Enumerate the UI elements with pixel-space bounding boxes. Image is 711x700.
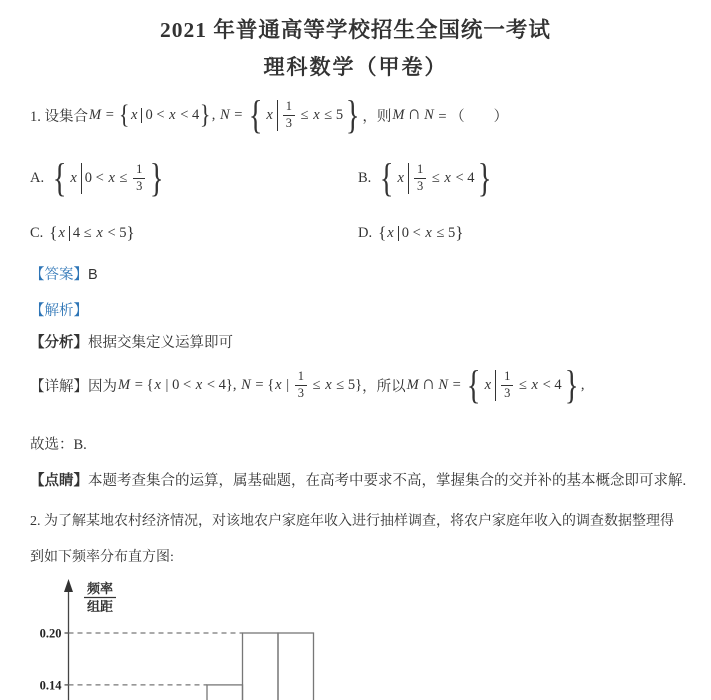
histogram-svg: 频率组距0.200.14 [0,578,711,700]
option-b: B. {x13 ≤ x < 4} [358,150,494,206]
set-divider-bar [69,226,70,241]
option-c-label: C. [30,225,43,242]
y-tick-label: 0.20 [40,627,62,641]
question-2-text-line2: 到如下频率分布直方图: [30,546,174,566]
option-c-formula: {x4 ≤ x < 5} [49,223,134,243]
option-a-label: A. [30,170,44,187]
fraction: 13 [414,162,426,194]
brace: } [200,102,211,128]
fraction: 13 [295,369,307,401]
brace: } [455,223,463,243]
brace: } [127,223,135,243]
answer-line: 【答案】B [30,263,98,284]
brace: { [53,158,67,198]
brace: } [564,365,578,405]
detailed-solution-line: 【详解】因为M = {x | 0 < x < 4}, N = {x | 13 ≤… [30,361,585,409]
page-title: 2021 年普通高等学校招生全国统一考试 [0,13,711,44]
fraction: 13 [501,369,513,401]
intersection-symbol: ∩ [420,373,438,395]
brace: } [477,158,491,198]
brace: { [118,102,129,128]
analysis-line: 【分析】根据交集定义运算即可 [30,331,233,352]
histogram-bar [207,685,243,700]
intersection-symbol: ∩ [405,103,423,125]
frequency-histogram: 频率组距0.200.14 [0,578,711,700]
tip-line: 【点睛】本题考查集合的运算，属基础题，在高考中要求不高，掌握集合的交并补的基本概… [30,469,686,490]
y-axis-label-numerator: 频率 [87,581,113,596]
brace: { [249,95,263,135]
set-divider-bar [398,226,399,241]
set-divider-bar [277,100,278,131]
option-b-formula: {x13 ≤ x < 4} [377,158,493,198]
fraction: 13 [283,99,295,131]
option-d-label: D. [358,225,372,242]
option-a: A. {x0 < x ≤ 13} [30,150,167,206]
analysis-label: 【分析】 [30,335,88,351]
brace: { [49,223,57,243]
brace: } [150,158,164,198]
answer-value: B [88,267,98,283]
y-tick-label: 0.14 [40,678,63,692]
tip-label: 【点睛】 [30,473,88,489]
set-divider-bar [141,108,142,123]
analysis-header-line: 【解析】 [30,299,88,320]
brace: { [380,158,394,198]
brace: { [467,365,481,405]
tip-text: 本题考查集合的运算，属基础题，在高考中要求不高，掌握集合的交并补的基本概念即可求… [88,473,686,489]
histogram-bar [278,633,314,700]
answer-label: 【答案】 [30,267,88,283]
y-axis-arrow-icon [64,579,73,592]
option-c: C. {x4 ≤ x < 5} [30,218,135,248]
option-d: D. {x0 < x ≤ 5} [358,218,463,248]
conclusion-line: 故选：B. [30,433,87,454]
option-a-formula: {x0 < x ≤ 13} [50,158,166,198]
page-subtitle: 理科数学（甲卷） [0,51,711,81]
brace: { [378,223,386,243]
histogram-bar [243,633,279,700]
fraction: 13 [133,162,145,194]
brace: } [346,95,360,135]
question-1-stem: 1. 设集合M = {x0 < x < 4}, N = {x13 ≤ x ≤ 5… [30,92,508,138]
exam-document-page: 2021 年普通高等学校招生全国统一考试 理科数学（甲卷） 1. 设集合M = … [0,0,711,700]
analysis-text: 根据交集定义运算即可 [88,335,233,351]
set-divider-bar [408,163,409,194]
option-d-formula: {x0 < x ≤ 5} [378,223,463,243]
analysis-header-label: 【解析】 [30,303,88,319]
option-b-label: B. [358,170,371,187]
y-axis-label-denominator: 组距 [87,599,113,614]
question-2-text-line1: 2. 为了解某地农村经济情况，对该地农户家庭年收入进行抽样调查，将农户家庭年收入… [30,510,674,530]
set-divider-bar [81,163,82,194]
set-divider-bar [495,370,496,401]
